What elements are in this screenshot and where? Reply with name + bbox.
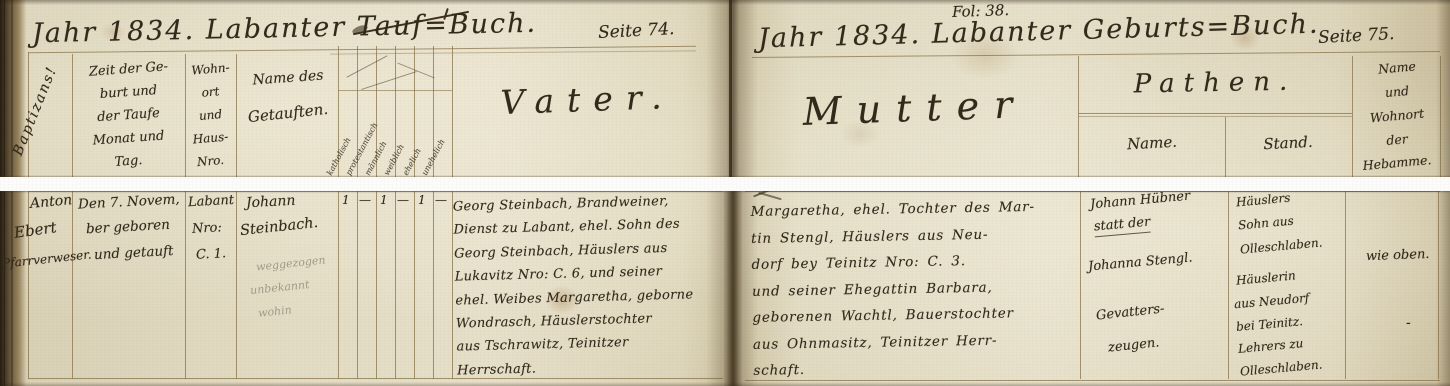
bottom-paper-edge (0, 382, 1450, 386)
entry-haus-line: Nro: (192, 220, 223, 237)
column-header-haus-line: und (184, 106, 236, 124)
register-scan: Jahr 1834. Labanter Tauf=Buch. Seite 74.… (0, 0, 1450, 386)
column-header-zeit-line: Tag. (72, 150, 186, 173)
column-header-pathen-name: Name. (1082, 130, 1223, 155)
entry-vater-text: Georg Steinbach, Brandweiner, Dienst zu … (453, 188, 730, 382)
column-header-mutter: Mutter (751, 80, 1078, 135)
entry-pathen-name-line: Johanna Stengl. (1088, 250, 1194, 274)
pencil-note-line: wohin (257, 303, 292, 319)
column-divider (338, 191, 339, 379)
entry-datum-line: Den 7. Novem, (78, 191, 180, 212)
entry-pathen-name-line: zeugen. (1107, 335, 1160, 355)
column-header-hebamme-line: Hebamme. (1352, 151, 1443, 174)
column-header-haus-line: Haus- (184, 129, 236, 147)
column-divider (1345, 191, 1346, 379)
entry-haus-line: C. 1. (196, 246, 227, 263)
column-divider (185, 191, 186, 379)
entry-pathen-name-line: Gevatters- (1095, 301, 1165, 323)
tally-mark: 1 (342, 193, 350, 207)
entry-pathen-stand-line: Häuslerin (1236, 268, 1297, 287)
entry-top-rule-right (745, 191, 1440, 192)
column-divider (433, 191, 434, 379)
left-page-title: Jahr 1834. Labanter Tauf=Buch. (32, 8, 538, 50)
entry-name-line: Johann (246, 193, 296, 212)
entry-pathen-name-line: statt der (1093, 215, 1151, 238)
top-paper-edge (0, 0, 1450, 5)
entry-pathen-stand-line: bei Teinitz. (1236, 314, 1304, 334)
column-divider (28, 191, 29, 379)
entry-datum-line: ber geboren (86, 217, 171, 237)
title-rule-right (752, 51, 1440, 58)
photo-seam (0, 177, 1450, 191)
column-header-haus-line: Nro. (184, 152, 236, 170)
pen-trial (346, 55, 387, 77)
column-divider (236, 191, 237, 379)
column-header-haus-line: Wohn- (184, 60, 236, 78)
pencil-note-line: unbekannt (249, 278, 310, 297)
column-divider (376, 191, 377, 379)
entry-pathen-stand-line: aus Neudorf (1234, 291, 1310, 312)
pencil-note-line: weggezogen (256, 253, 327, 273)
column-divider (1228, 191, 1229, 379)
pen-trial (361, 71, 416, 90)
entry-hebamme-dash: - (1406, 315, 1411, 331)
column-divider (395, 191, 396, 379)
spine-streak (11, 0, 13, 386)
entry-datum-line: und getauft (94, 243, 174, 263)
column-header-getaufte-line: Name des (238, 67, 339, 90)
tally-mark: — (397, 193, 409, 207)
column-header-getaufte-line: Getauften. (235, 99, 340, 128)
column-header-haus-line: ort (184, 83, 236, 101)
title-rule-left-2 (330, 50, 696, 54)
tally-box-rule (338, 90, 452, 91)
column-header-zeit-line: burt und (72, 81, 186, 104)
column-header-hebamme-line: Name (1354, 56, 1441, 78)
column-header-vater: Vater. (449, 75, 725, 124)
pathen-underline-2 (1078, 116, 1352, 117)
spine-streak (4, 0, 5, 386)
tally-mark: 1 (418, 193, 426, 207)
column-header-zeit-line: der Taufe (72, 104, 186, 127)
gutter-line-top (729, 0, 732, 177)
column-header-zeit-line: Zeit der Ge- (72, 58, 186, 81)
left-page-number: Seite 74. (598, 19, 675, 43)
entry-pathen-stand-line: Sohn aus (1237, 214, 1294, 233)
column-header-zeit-line: Monat und (72, 127, 186, 150)
tally-mark: 1 (380, 193, 388, 207)
entry-name-line: Steinbach. (239, 215, 319, 239)
entry-mutter-text: Margaretha, ehel. Tochter des Mar- tin S… (750, 193, 1083, 384)
column-header-hebamme-line: Wohnort (1354, 104, 1441, 126)
tally-mark: — (359, 193, 371, 207)
pathen-underline (1078, 113, 1352, 114)
entry-baptizans-line: Anton (29, 192, 72, 212)
column-divider (357, 191, 358, 379)
entry-pathen-name-line: Johann Hübner (1090, 189, 1191, 213)
right-page-title: Jahr 1834. Labanter Geburts=Buch. (758, 9, 1320, 55)
column-header-hebamme-line: der (1354, 128, 1441, 150)
entry-pathen-stand-line: Olleschlaben. (1240, 235, 1323, 256)
right-page-number: Seite 75. (1318, 24, 1395, 48)
column-divider (414, 191, 415, 379)
entry-hebamme-note: wie oben. (1366, 247, 1430, 264)
column-header-pathen-stand: Stand. (1226, 131, 1351, 155)
column-divider (72, 191, 73, 379)
entry-pathen-stand-line: Häuslers (1235, 191, 1290, 210)
tally-mark: — (435, 193, 447, 207)
entry-pathen-stand-line: Lehrers zu (1238, 336, 1304, 356)
entry-pathen-stand-line: Olleschlaben. (1240, 357, 1323, 378)
entry-haus-line: Labant (188, 193, 235, 210)
column-header-pathen: Pathen. (1080, 66, 1350, 101)
column-header-hebamme-line: und (1354, 80, 1441, 102)
